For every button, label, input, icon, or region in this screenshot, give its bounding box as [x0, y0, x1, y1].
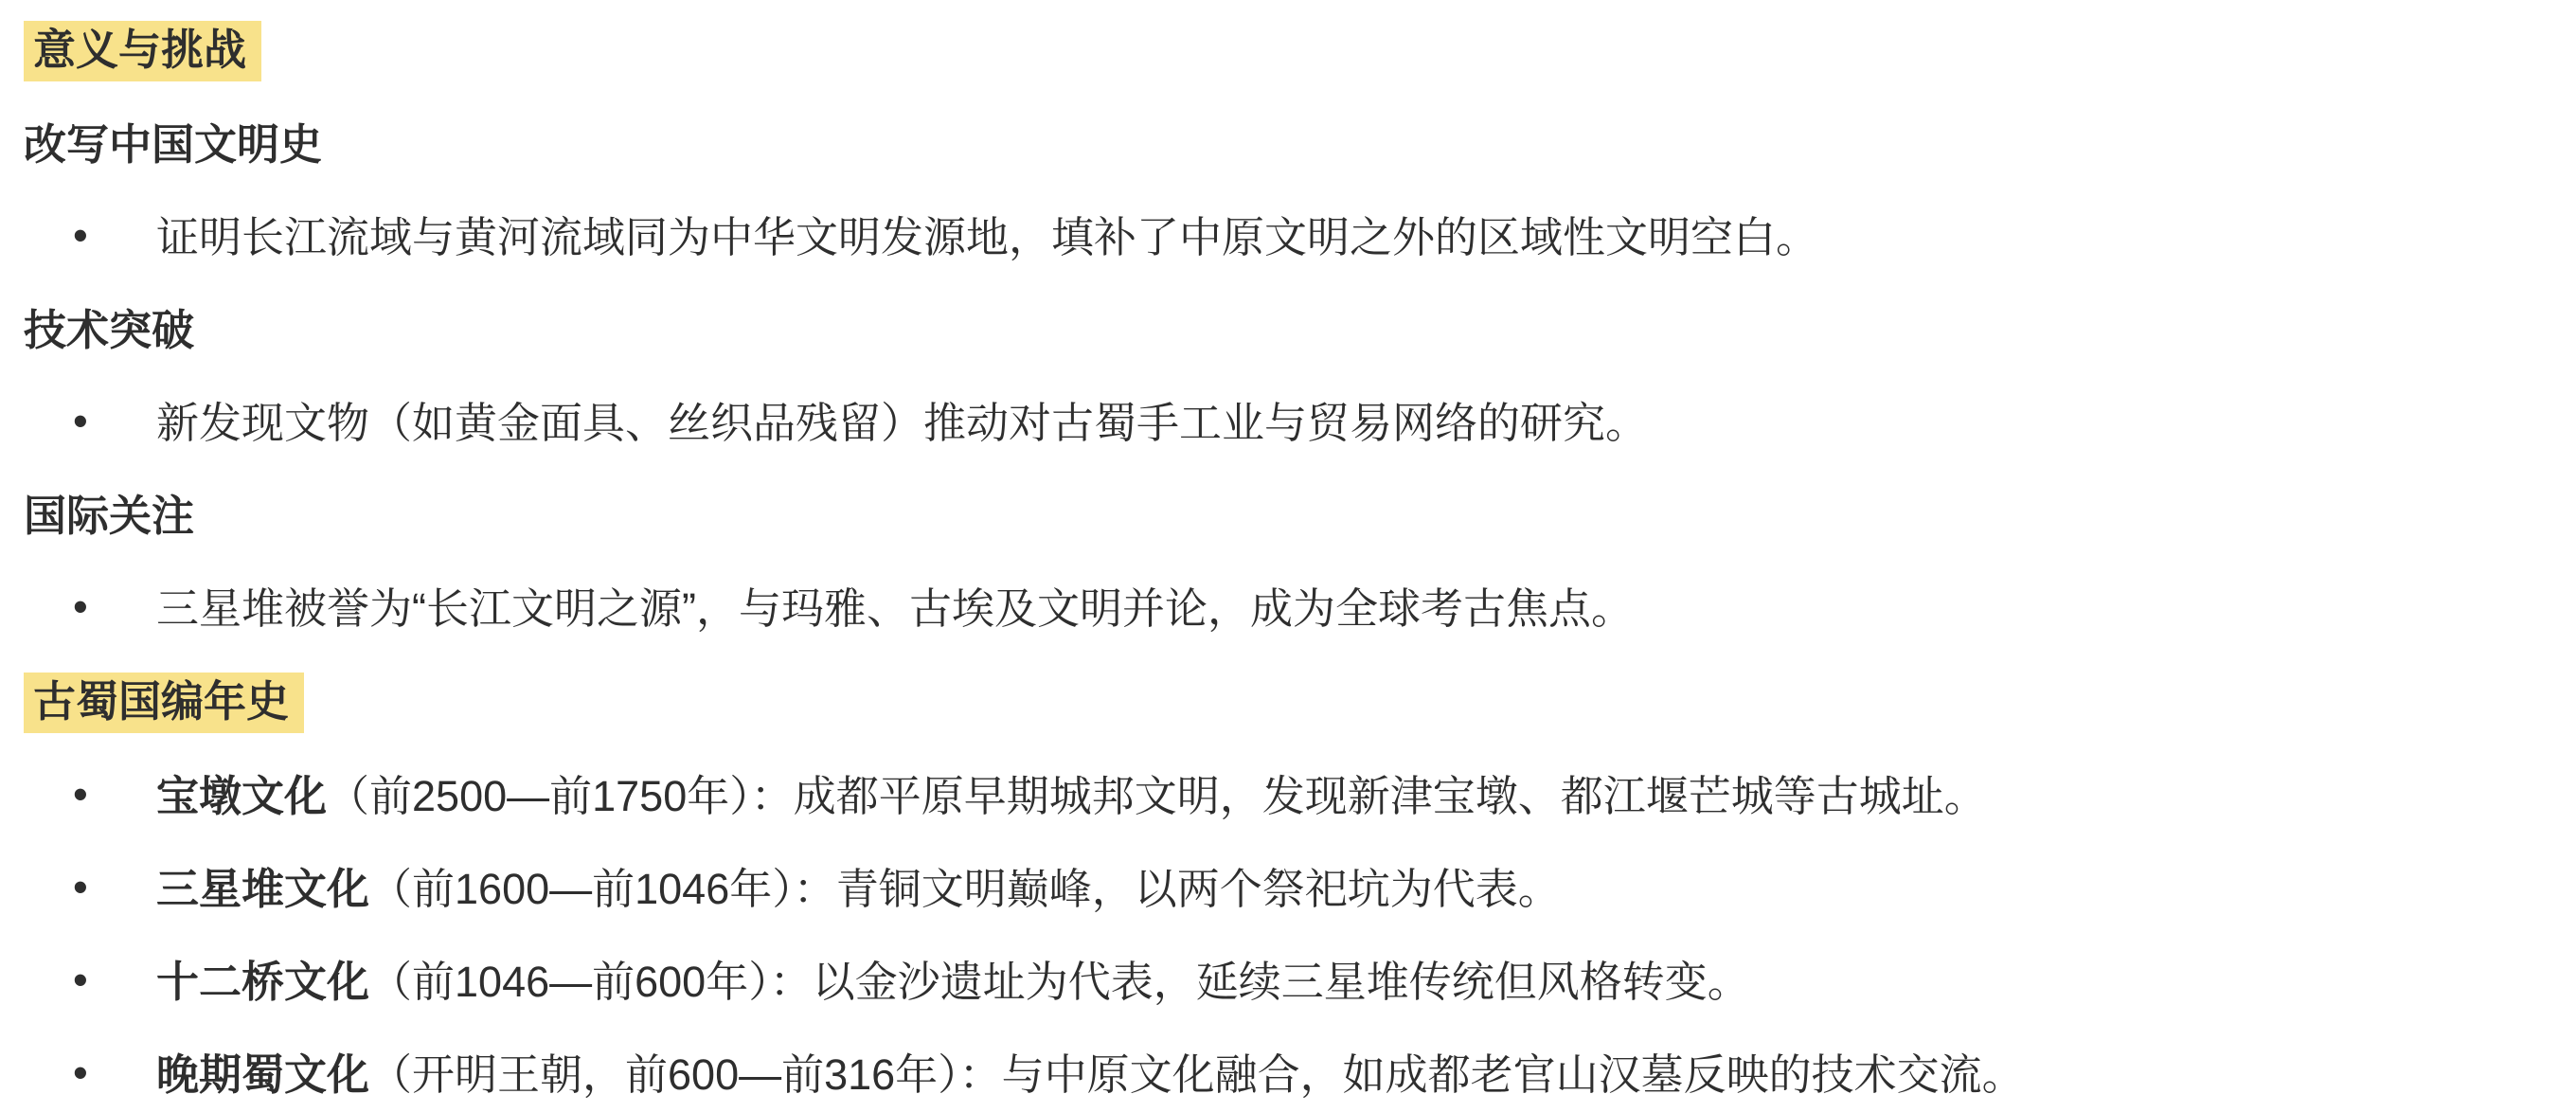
bullet-text: 证明长江流域与黄河流域同为中华文明发源地，填补了中原文明之外的区域性文明空白。: [156, 213, 1818, 261]
bullet-text: 三星堆被誉为“长江文明之源”，与玛雅、古埃及文明并论，成为全球考古焦点。: [156, 584, 1634, 633]
list-item: • 三星堆被誉为“长江文明之源”，与玛雅、古埃及文明并论，成为全球考古焦点。: [24, 580, 2486, 638]
list-item-term: 晚期蜀文化: [156, 1050, 369, 1099]
list-item: • 新发现文物（如黄金面具、丝织品残留）推动对古蜀手工业与贸易网络的研究。: [24, 394, 2486, 453]
list-item-term: 宝墩文化: [156, 772, 327, 820]
section-2-header-row: 古蜀国编年史: [24, 673, 2486, 733]
bullet-text: 新发现文物（如黄金面具、丝织品残留）推动对古蜀手工业与贸易网络的研究。: [156, 399, 1648, 447]
bullet-dot-icon: •: [73, 578, 88, 637]
list-item-term: 三星堆文化: [156, 865, 369, 913]
list-item-text: （前1600—前1046年）：青铜文明巅峰，以两个祭祀坑为代表。: [369, 865, 1561, 913]
bullet-dot-icon: •: [73, 206, 88, 265]
section-1-header-row: 意义与挑战: [24, 21, 2486, 81]
list-item: • 三星堆文化（前1600—前1046年）：青铜文明巅峰，以两个祭祀坑为代表。: [24, 860, 2486, 919]
bullet-dot-icon: •: [73, 765, 88, 824]
list-item-text: （前2500—前1750年）：成都平原早期城邦文明，发现新津宝墩、都江堰芒城等古…: [327, 772, 1987, 820]
list-item: • 宝墩文化（前2500—前1750年）：成都平原早期城邦文明，发现新津宝墩、都…: [24, 767, 2486, 826]
bullet-dot-icon: •: [73, 951, 88, 1010]
section-heading-highlighted: 古蜀国编年史: [24, 673, 304, 733]
bullet-dot-icon: •: [73, 392, 88, 451]
subheading: 改写中国文明史: [24, 116, 2486, 174]
list-item: • 晚期蜀文化（开明王朝，前600—前316年）：与中原文化融合，如成都老官山汉…: [24, 1046, 2486, 1104]
bullet-dot-icon: •: [73, 1044, 88, 1103]
list-item-text: （开明王朝，前600—前316年）：与中原文化融合，如成都老官山汉墓反映的技术交…: [369, 1050, 2025, 1099]
subheading: 技术突破: [24, 301, 2486, 360]
section-heading-highlighted: 意义与挑战: [24, 21, 261, 81]
list-item: • 十二桥文化（前1046—前600年）：以金沙遗址为代表，延续三星堆传统但风格…: [24, 953, 2486, 1012]
list-item: • 证明长江流域与黄河流域同为中华文明发源地，填补了中原文明之外的区域性文明空白…: [24, 208, 2486, 267]
list-item-text: （前1046—前600年）：以金沙遗址为代表，延续三星堆传统但风格转变。: [369, 958, 1750, 1006]
list-item-term: 十二桥文化: [156, 958, 369, 1006]
bullet-dot-icon: •: [73, 858, 88, 917]
document: 意义与挑战 改写中国文明史 • 证明长江流域与黄河流域同为中华文明发源地，填补了…: [0, 0, 2486, 1104]
subheading: 国际关注: [24, 487, 2486, 546]
